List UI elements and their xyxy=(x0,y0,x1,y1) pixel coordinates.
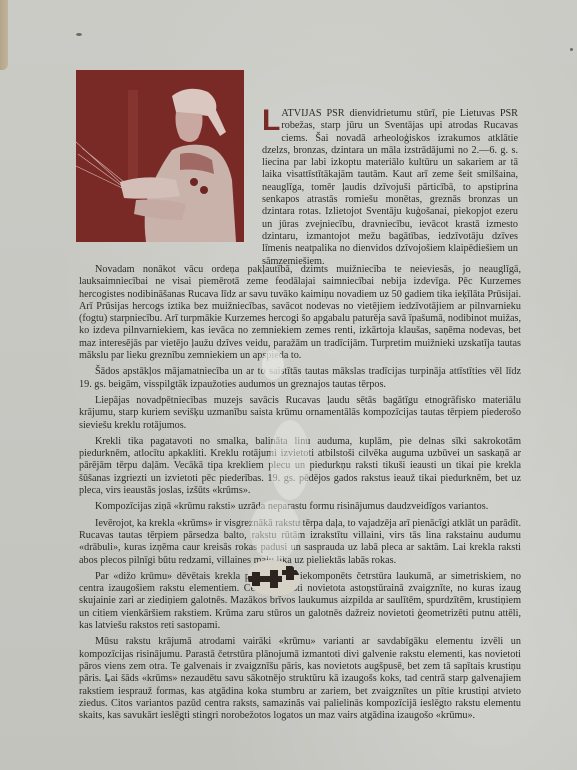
intro-text: dienvidrietumu stūrī, pie Lietuvas PSR r… xyxy=(262,108,518,267)
article-body: Novadam nonākot vācu ordeņa pakļautībā, … xyxy=(79,264,521,726)
body-paragraph: Novadam nonākot vācu ordeņa pakļautībā, … xyxy=(79,264,521,362)
paper-stain xyxy=(250,500,300,560)
paper-stain xyxy=(270,420,310,500)
body-paragraph: Mūsu rakstu krājumā atrodami vairāki «kr… xyxy=(79,636,521,722)
intro-paragraph: LATVIJAS PSR dienvidrietumu stūrī, pie L… xyxy=(262,108,518,268)
drop-cap: L xyxy=(262,108,280,133)
paper-speck xyxy=(76,33,82,36)
paper-speck xyxy=(570,48,573,51)
paper-speck xyxy=(107,679,110,682)
intro-lead-word: ATVIJAS PSR xyxy=(281,108,344,119)
paper-stain xyxy=(262,350,284,380)
torn-hole-damage xyxy=(248,560,300,596)
body-paragraph: Kompozīcijas ziņā «krūmu raksti» uzrāda … xyxy=(79,501,521,513)
body-paragraph: Par «dižo krūmu» dēvētais krekla plecu r… xyxy=(79,571,521,632)
weaver-illustration xyxy=(76,70,244,242)
weaver-photo xyxy=(76,70,244,242)
document-page: LATVIJAS PSR dienvidrietumu stūrī, pie L… xyxy=(0,0,577,770)
torn-page-edge xyxy=(0,0,8,70)
body-paragraph: Šādos apstākļos mājamatniecība un ar to … xyxy=(79,366,521,391)
body-paragraph: Ievērojot, ka krekla «krūms» ir visgrezn… xyxy=(79,518,521,567)
